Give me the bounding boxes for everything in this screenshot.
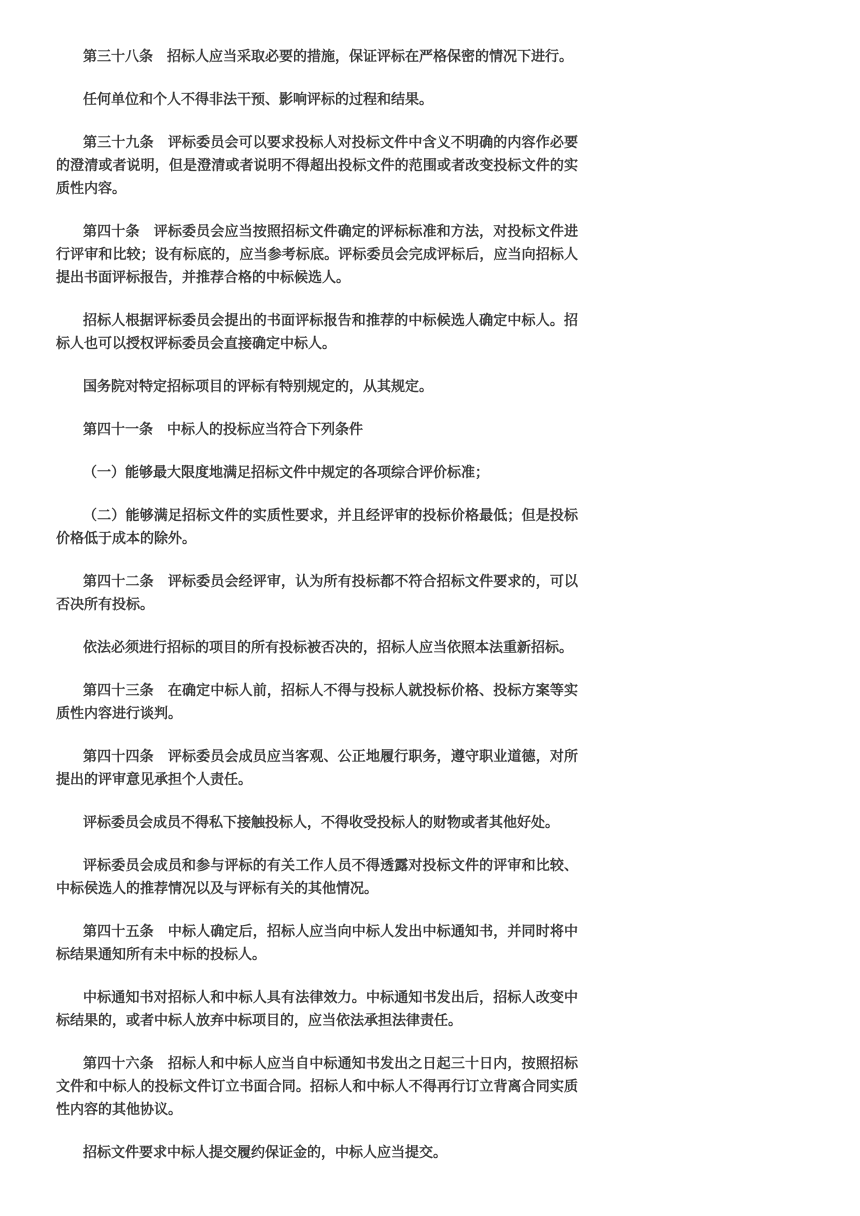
paragraph: 评标委员会成员不得私下接触投标人，不得收受投标人的财物或者其他好处。 xyxy=(56,811,578,834)
paragraph: （一）能够最大限度地满足招标文件中规定的各项综合评价标准； xyxy=(56,461,578,484)
paragraph: （二）能够满足招标文件的实质性要求，并且经评审的投标价格最低；但是投标价格低于成… xyxy=(56,504,578,550)
paragraph: 第四十二条 评标委员会经评审，认为所有投标都不符合招标文件要求的，可以否决所有投… xyxy=(56,570,578,616)
paragraph: 第四十六条 招标人和中标人应当自中标通知书发出之日起三十日内，按照招标文件和中标… xyxy=(56,1052,578,1121)
document-body: 第三十八条 招标人应当采取必要的措施，保证评标在严格保密的情况下进行。任何单位和… xyxy=(56,45,860,1164)
paragraph: 国务院对特定招标项目的评标有特别规定的，从其规定。 xyxy=(56,375,578,398)
paragraph: 第四十四条 评标委员会成员应当客观、公正地履行职务，遵守职业道德，对所提出的评审… xyxy=(56,745,578,791)
paragraph: 第四十条 评标委员会应当按照招标文件确定的评标标准和方法，对投标文件进行评审和比… xyxy=(56,220,578,289)
paragraph: 招标文件要求中标人提交履约保证金的，中标人应当提交。 xyxy=(56,1141,578,1164)
paragraph: 第四十五条 中标人确定后，招标人应当向中标人发出中标通知书，并同时将中标结果通知… xyxy=(56,920,578,966)
paragraph: 第三十九条 评标委员会可以要求投标人对投标文件中含义不明确的内容作必要的澄清或者… xyxy=(56,131,578,200)
paragraph: 招标人根据评标委员会提出的书面评标报告和推荐的中标候选人确定中标人。招标人也可以… xyxy=(56,309,578,355)
document-page: 第三十八条 招标人应当采取必要的措施，保证评标在严格保密的情况下进行。任何单位和… xyxy=(0,0,860,1216)
paragraph: 依法必须进行招标的项目的所有投标被否决的，招标人应当依照本法重新招标。 xyxy=(56,636,578,659)
paragraph: 任何单位和个人不得非法干预、影响评标的过程和结果。 xyxy=(56,88,578,111)
paragraph: 第三十八条 招标人应当采取必要的措施，保证评标在严格保密的情况下进行。 xyxy=(56,45,578,68)
paragraph: 第四十三条 在确定中标人前，招标人不得与投标人就投标价格、投标方案等实质性内容进… xyxy=(56,679,578,725)
paragraph: 评标委员会成员和参与评标的有关工作人员不得透露对投标文件的评审和比较、中标侯选人… xyxy=(56,854,578,900)
paragraph: 中标通知书对招标人和中标人具有法律效力。中标通知书发出后，招标人改变中标结果的，… xyxy=(56,986,578,1032)
paragraph: 第四十一条 中标人的投标应当符合下列条件 xyxy=(56,418,578,441)
